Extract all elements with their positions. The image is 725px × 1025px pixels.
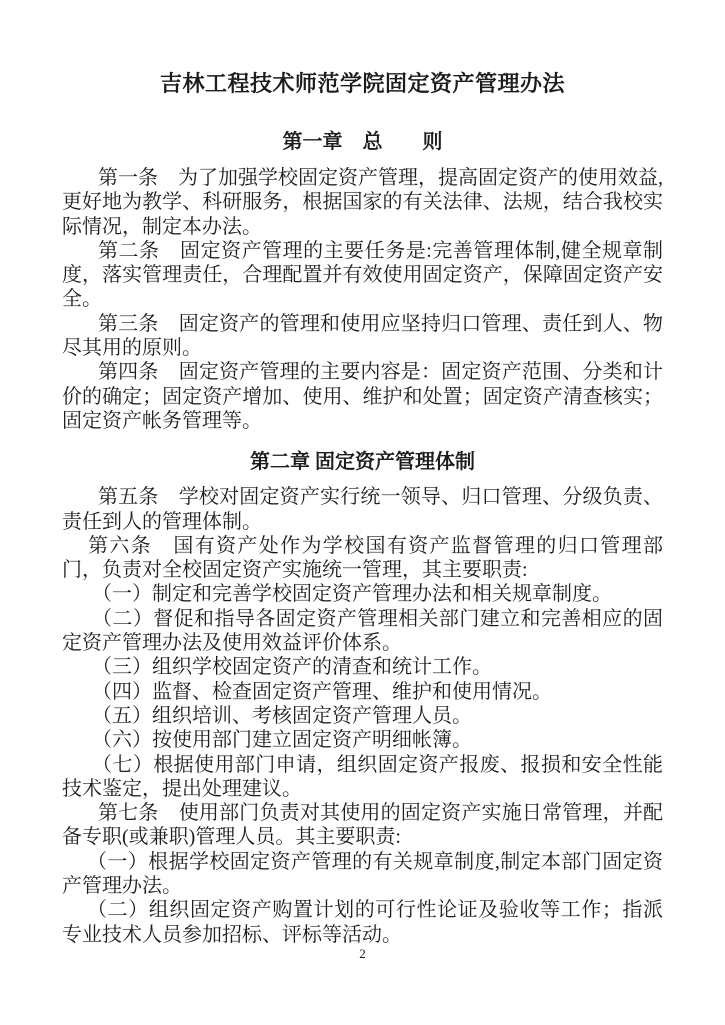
article-7-paragraph: 第七条 使用部门负责对其使用的固定资产实施日常管理，并配备专职(或兼职)管理人员…: [62, 801, 663, 850]
article-4-paragraph: 第四条 固定资产管理的主要内容是：固定资产范围、分类和计价的确定；固定资产增加、…: [62, 360, 663, 433]
document-page: 吉林工程技术师范学院固定资产管理办法 第一章 总 则 第一条 为了加强学校固定资…: [0, 0, 725, 1025]
article-6-item-1: （一）制定和完善学校固定资产管理办法和相关规章制度。: [62, 582, 663, 606]
chapter-1-heading: 第一章 总 则: [62, 128, 663, 156]
article-6-item-7: （七）根据使用部门申请，组织固定资产报废、报损和安全性能技术鉴定，提出处理建议。: [62, 753, 663, 802]
article-6-paragraph: 第六条 国有资产处作为学校国有资产监督管理的归口管理部门，负责对全校固定资产实施…: [62, 534, 663, 583]
article-7-item-2: （二）组织固定资产购置计划的可行性论证及验收等工作；指派专业技术人员参加招标、评…: [62, 898, 663, 947]
article-5-paragraph: 第五条 学校对固定资产实行统一领导、归口管理、分级负责、责任到人的管理体制。: [62, 485, 663, 534]
text-block: 吉林工程技术师范学院固定资产管理办法 第一章 总 则 第一条 为了加强学校固定资…: [62, 0, 663, 947]
article-7-item-1: （一）根据学校固定资产管理的有关规章制度,制定本部门固定资产管理办法。: [62, 850, 663, 899]
article-6-item-6: （六）按使用部门建立固定资产明细帐簿。: [62, 728, 663, 752]
article-6-item-5: （五）组织培训、考核固定资产管理人员。: [62, 704, 663, 728]
article-1-paragraph: 第一条 为了加强学校固定资产管理，提高固定资产的使用效益,更好地为教学、科研服务…: [62, 166, 663, 239]
article-6-item-2: （二）督促和指导各固定资产管理相关部门建立和完善相应的固定资产管理办法及使用效益…: [62, 607, 663, 656]
article-2-paragraph: 第二条 固定资产管理的主要任务是:完善管理体制,健全规章制度，落实管理责任，合理…: [62, 239, 663, 312]
article-3-paragraph: 第三条 固定资产的管理和使用应坚持归口管理、责任到人、物尽其用的原则。: [62, 312, 663, 361]
page-number: 2: [0, 946, 725, 962]
article-6-item-3: （三）组织学校固定资产的清查和统计工作。: [62, 655, 663, 679]
document-title: 吉林工程技术师范学院固定资产管理办法: [62, 0, 663, 98]
chapter-2-heading: 第二章 固定资产管理体制: [62, 448, 663, 476]
article-6-item-4: （四）监督、检查固定资产管理、维护和使用情况。: [62, 680, 663, 704]
